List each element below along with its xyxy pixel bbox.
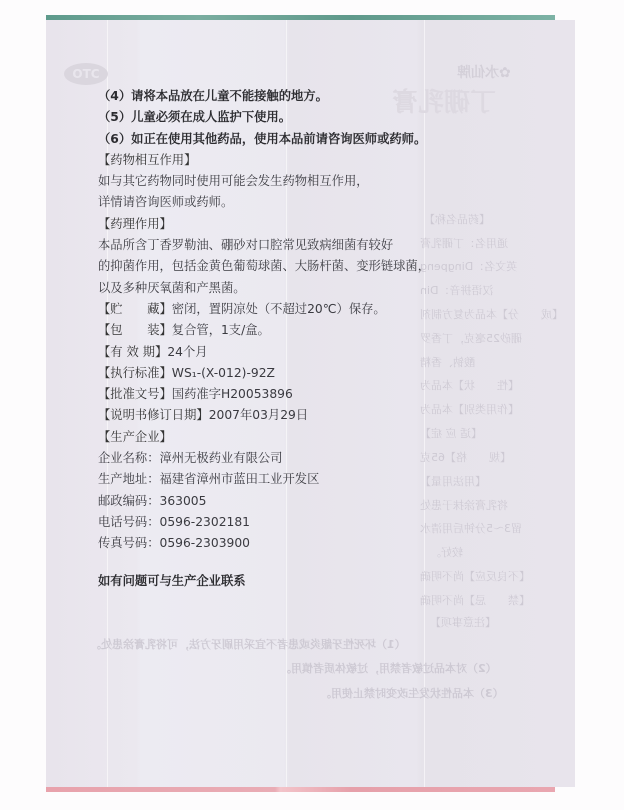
field-label: 企业名称： [98, 451, 160, 465]
bleed-line: （3）本品性状发生改变时禁止使用。 [320, 685, 504, 701]
contact-note: 如有问题可与生产企业联系 [98, 571, 518, 592]
section-text: 详情请咨询医师或药师。 [98, 192, 518, 213]
field-value: 0596-2302181 [160, 515, 251, 529]
precaution-item: （4）请将本品放在儿童不能接触的地方。 [98, 86, 518, 107]
field-value: WS₁-(X-012)-92Z [172, 366, 275, 380]
bleed-line: 【注意事项】 [430, 614, 496, 630]
field-revision-date: 【说明书修订日期】2007年03月29日 [98, 405, 518, 426]
bleed-line: （2）对本品过敏者禁用，过敏体质者慎用。 [280, 660, 497, 676]
field-package: 【包 装】复合管，1支/盒。 [98, 320, 518, 341]
precautions-continued: （4）请将本品放在儿童不能接触的地方。 （5）儿童必须在成人监护下使用。 （6）… [98, 86, 518, 150]
otc-logo-icon: OTC [64, 63, 108, 85]
field-value: 24个月 [167, 345, 207, 359]
precaution-item: （6）如正在使用其他药品，使用本品前请咨询医师或药师。 [98, 129, 518, 150]
manufacturer-postcode: 邮政编码：363005 [98, 491, 518, 512]
field-value: 国药准字H20053896 [172, 387, 293, 401]
field-label: 生产地址： [98, 472, 160, 486]
field-label: 【包 装】 [98, 320, 172, 341]
manufacturer-phone: 电话号码：0596-2302181 [98, 512, 518, 533]
field-value: 密闭，置阴凉处（不超过20℃）保存。 [172, 302, 386, 316]
field-label: 【说明书修订日期】 [98, 405, 209, 426]
field-label: 【有 效 期】 [98, 342, 167, 363]
field-value: 0596-2303900 [160, 536, 251, 550]
section-heading: 【药理作用】 [98, 214, 518, 235]
field-value: 漳州无极药业有限公司 [160, 451, 283, 465]
field-approval-number: 【批准文号】国药准字H20053896 [98, 384, 518, 405]
field-label: 传真号码： [98, 536, 160, 550]
manufacturer-name: 企业名称：漳州无极药业有限公司 [98, 448, 518, 469]
field-storage: 【贮 藏】密闭，置阴凉处（不超过20℃）保存。 [98, 299, 518, 320]
bottom-color-strip [46, 787, 555, 792]
bleed-line: 【禁 忌】尚不明确 [420, 592, 530, 608]
field-standard: 【执行标准】WS₁-(X-012)-92Z [98, 363, 518, 384]
manufacturer-fax: 传真号码：0596-2303900 [98, 533, 518, 554]
section-text: 以及多种厌氧菌和产黑菌。 [98, 278, 518, 299]
field-value: 福建省漳州市蓝田工业开发区 [160, 472, 320, 486]
section-text: 的抑菌作用，包括金黄色葡萄球菌、大肠杆菌、变形链球菌， [98, 256, 518, 277]
precaution-item: （5）儿童必须在成人监护下使用。 [98, 107, 518, 128]
field-label: 【贮 藏】 [98, 299, 172, 320]
interactions-section: 【药物相互作用】 如与其它药物同时使用可能会发生药物相互作用， 详情请咨询医师或… [98, 150, 518, 214]
brand-logo-icon: ✿水仙牌 [457, 62, 511, 82]
field-value: 复合管，1支/盒。 [172, 323, 270, 337]
manufacturer-section: 【生产企业】 企业名称：漳州无极药业有限公司 生产地址：福建省漳州市蓝田工业开发… [98, 427, 518, 555]
insert-content: （4）请将本品放在儿童不能接触的地方。 （5）儿童必须在成人监护下使用。 （6）… [98, 86, 518, 592]
field-label: 【批准文号】 [98, 384, 172, 405]
manufacturer-address: 生产地址：福建省漳州市蓝田工业开发区 [98, 469, 518, 490]
field-label: 【执行标准】 [98, 363, 172, 384]
section-text: 本品所含丁香罗勒油、硼砂对口腔常见致病细菌有较好 [98, 235, 518, 256]
field-value: 363005 [160, 494, 207, 508]
field-label: 电话号码： [98, 515, 160, 529]
field-shelf-life: 【有 效 期】24个月 [98, 342, 518, 363]
field-label: 邮政编码： [98, 494, 160, 508]
bleed-line: （1）坏死性牙龈炎或患者不宜采用刷牙方法，可将乳膏涂患处。 [90, 636, 406, 652]
info-fields: 【贮 藏】密闭，置阴凉处（不超过20℃）保存。 【包 装】复合管，1支/盒。 【… [98, 299, 518, 427]
section-text: 如与其它药物同时使用可能会发生药物相互作用， [98, 171, 518, 192]
field-value: 2007年03月29日 [209, 408, 308, 422]
pharmacology-section: 【药理作用】 本品所含丁香罗勒油、硼砂对口腔常见致病细菌有较好 的抑菌作用，包括… [98, 214, 518, 299]
section-heading: 【生产企业】 [98, 427, 518, 448]
section-heading: 【药物相互作用】 [98, 150, 518, 171]
